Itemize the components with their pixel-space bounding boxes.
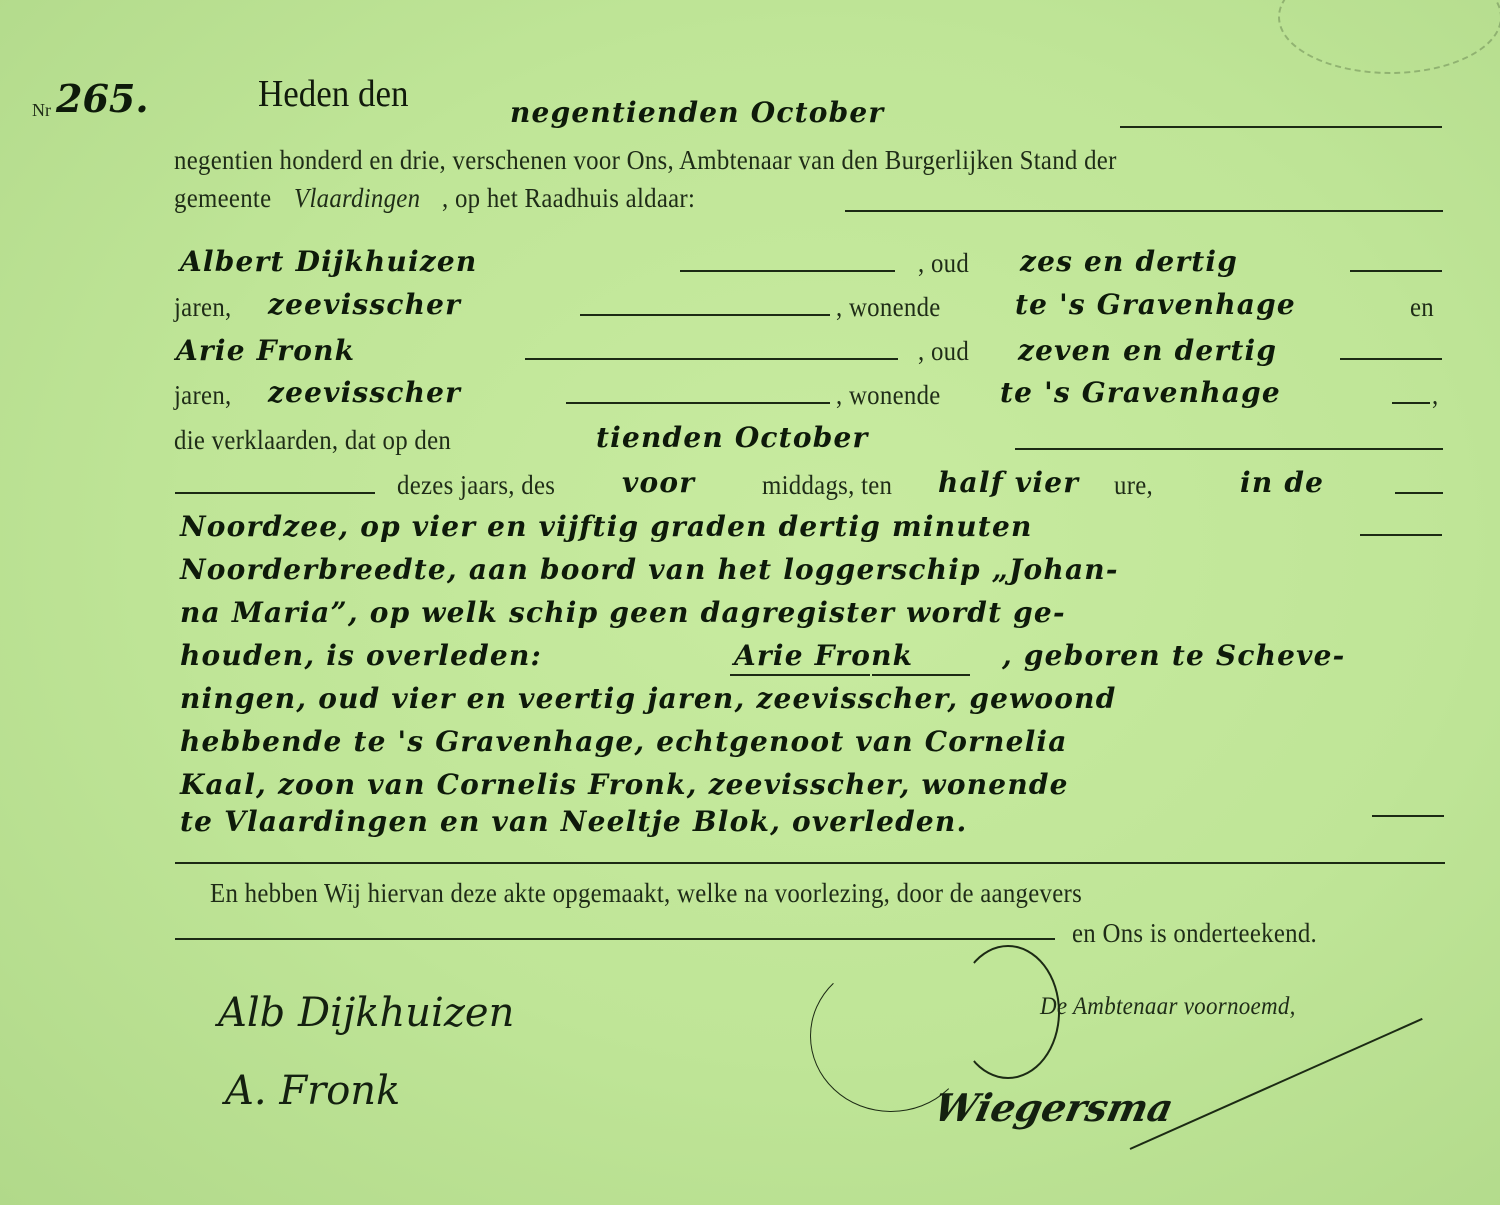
deceased-name: Arie Fronk: [734, 639, 913, 672]
fill-line: [1360, 534, 1442, 536]
fill-line: [1395, 492, 1443, 494]
print-oud: , oud: [918, 336, 969, 367]
print-line-2: negentien honderd en drie, verschenen vo…: [174, 145, 1117, 176]
signature-witness-1: Alb Dijkhuizen: [218, 990, 514, 1036]
print-jaren: jaren,: [174, 380, 232, 411]
fill-line: [175, 492, 375, 494]
declarant-2-residence: te 's Gravenhage: [1000, 376, 1281, 409]
fill-line: [1372, 815, 1444, 817]
handwritten-line: houden, is overleden:: [180, 639, 542, 672]
print-comma: ,: [1432, 380, 1438, 411]
fill-line: [175, 938, 1055, 940]
handwritten-line: Noordzee, op vier en vijftig graden dert…: [180, 510, 1033, 543]
handwritten-line: na Maria”, op welk schip geen dagregiste…: [180, 596, 1066, 629]
declarant-1-name: Albert Dijkhuizen: [180, 245, 477, 278]
print-wonende: , wonende: [836, 292, 941, 323]
signature-stroke: [1130, 1018, 1423, 1150]
print-en: en: [1410, 292, 1434, 323]
fill-line: [845, 210, 1443, 212]
print-ure: ure,: [1114, 470, 1153, 501]
record-number-label: Nr: [32, 100, 51, 121]
fill-line: [525, 358, 898, 360]
print-middags: middags, ten: [762, 470, 892, 501]
signature-official: Wiegersma: [930, 1085, 1177, 1130]
time-of-death: half vier: [938, 466, 1079, 499]
print-raadhuis: , op het Raadhuis aldaar:: [442, 183, 695, 214]
fill-line: [1350, 270, 1442, 272]
print-dezes-jaars: dezes jaars, des: [397, 470, 555, 501]
handwritten-line: , geboren te Scheve-: [1002, 639, 1345, 672]
print-jaren: jaren,: [174, 292, 232, 323]
fill-line: [680, 270, 895, 272]
official-label: De Ambtenaar voornoemd,: [1040, 993, 1296, 1021]
handwritten-line: te Vlaardingen en van Neeltje Blok, over…: [180, 805, 967, 838]
separator-line: [175, 862, 1445, 864]
fill-line: [1015, 448, 1443, 450]
handwritten-line: hebbende te 's Gravenhage, echtgenoot va…: [180, 725, 1068, 758]
print-oud: , oud: [918, 248, 969, 279]
municipality: Vlaardingen: [294, 183, 420, 214]
declarant-1-residence: te 's Gravenhage: [1015, 288, 1296, 321]
hand-date: negentienden October: [510, 96, 884, 129]
declarant-1-age: zes en dertig: [1020, 245, 1238, 278]
handwritten-line: Kaal, zoon van Cornelis Fronk, zeevissch…: [180, 768, 1069, 801]
signature-witness-2: A. Fronk: [225, 1068, 400, 1114]
place-in-de: in de: [1240, 466, 1324, 499]
declarant-2-age: zeven en dertig: [1018, 334, 1277, 367]
fill-line: [1392, 402, 1430, 404]
heading-heden-den: Heden den: [258, 72, 408, 116]
archive-stamp: [1278, 0, 1500, 74]
handwritten-line: Noorderbreedte, aan boord van het logger…: [180, 553, 1119, 586]
fill-line: [1120, 126, 1442, 128]
print-gemeente: gemeente: [174, 183, 271, 214]
fill-line: [566, 402, 830, 404]
fill-line: [1340, 358, 1442, 360]
record-number: 265.: [56, 76, 149, 121]
print-wonende: , wonende: [836, 380, 941, 411]
declarant-2-occupation: zeevisscher: [268, 376, 461, 409]
closing-text-2: en Ons is onderteekend.: [1072, 918, 1317, 949]
fill-line: [580, 314, 830, 316]
handwritten-line: ningen, oud vier en veertig jaren, zeevi…: [180, 682, 1117, 715]
date-of-death: tienden October: [596, 421, 868, 454]
declarant-2-name: Arie Fronk: [176, 334, 355, 367]
voor-middag: voor: [622, 466, 695, 499]
deceased-underline: [730, 674, 870, 676]
print-verklaarden: die verklaarden, dat op den: [174, 425, 451, 456]
closing-text-1: En hebben Wij hiervan deze akte opgemaak…: [210, 878, 1082, 909]
deceased-underline: [872, 674, 970, 676]
declarant-1-occupation: zeevisscher: [268, 288, 461, 321]
